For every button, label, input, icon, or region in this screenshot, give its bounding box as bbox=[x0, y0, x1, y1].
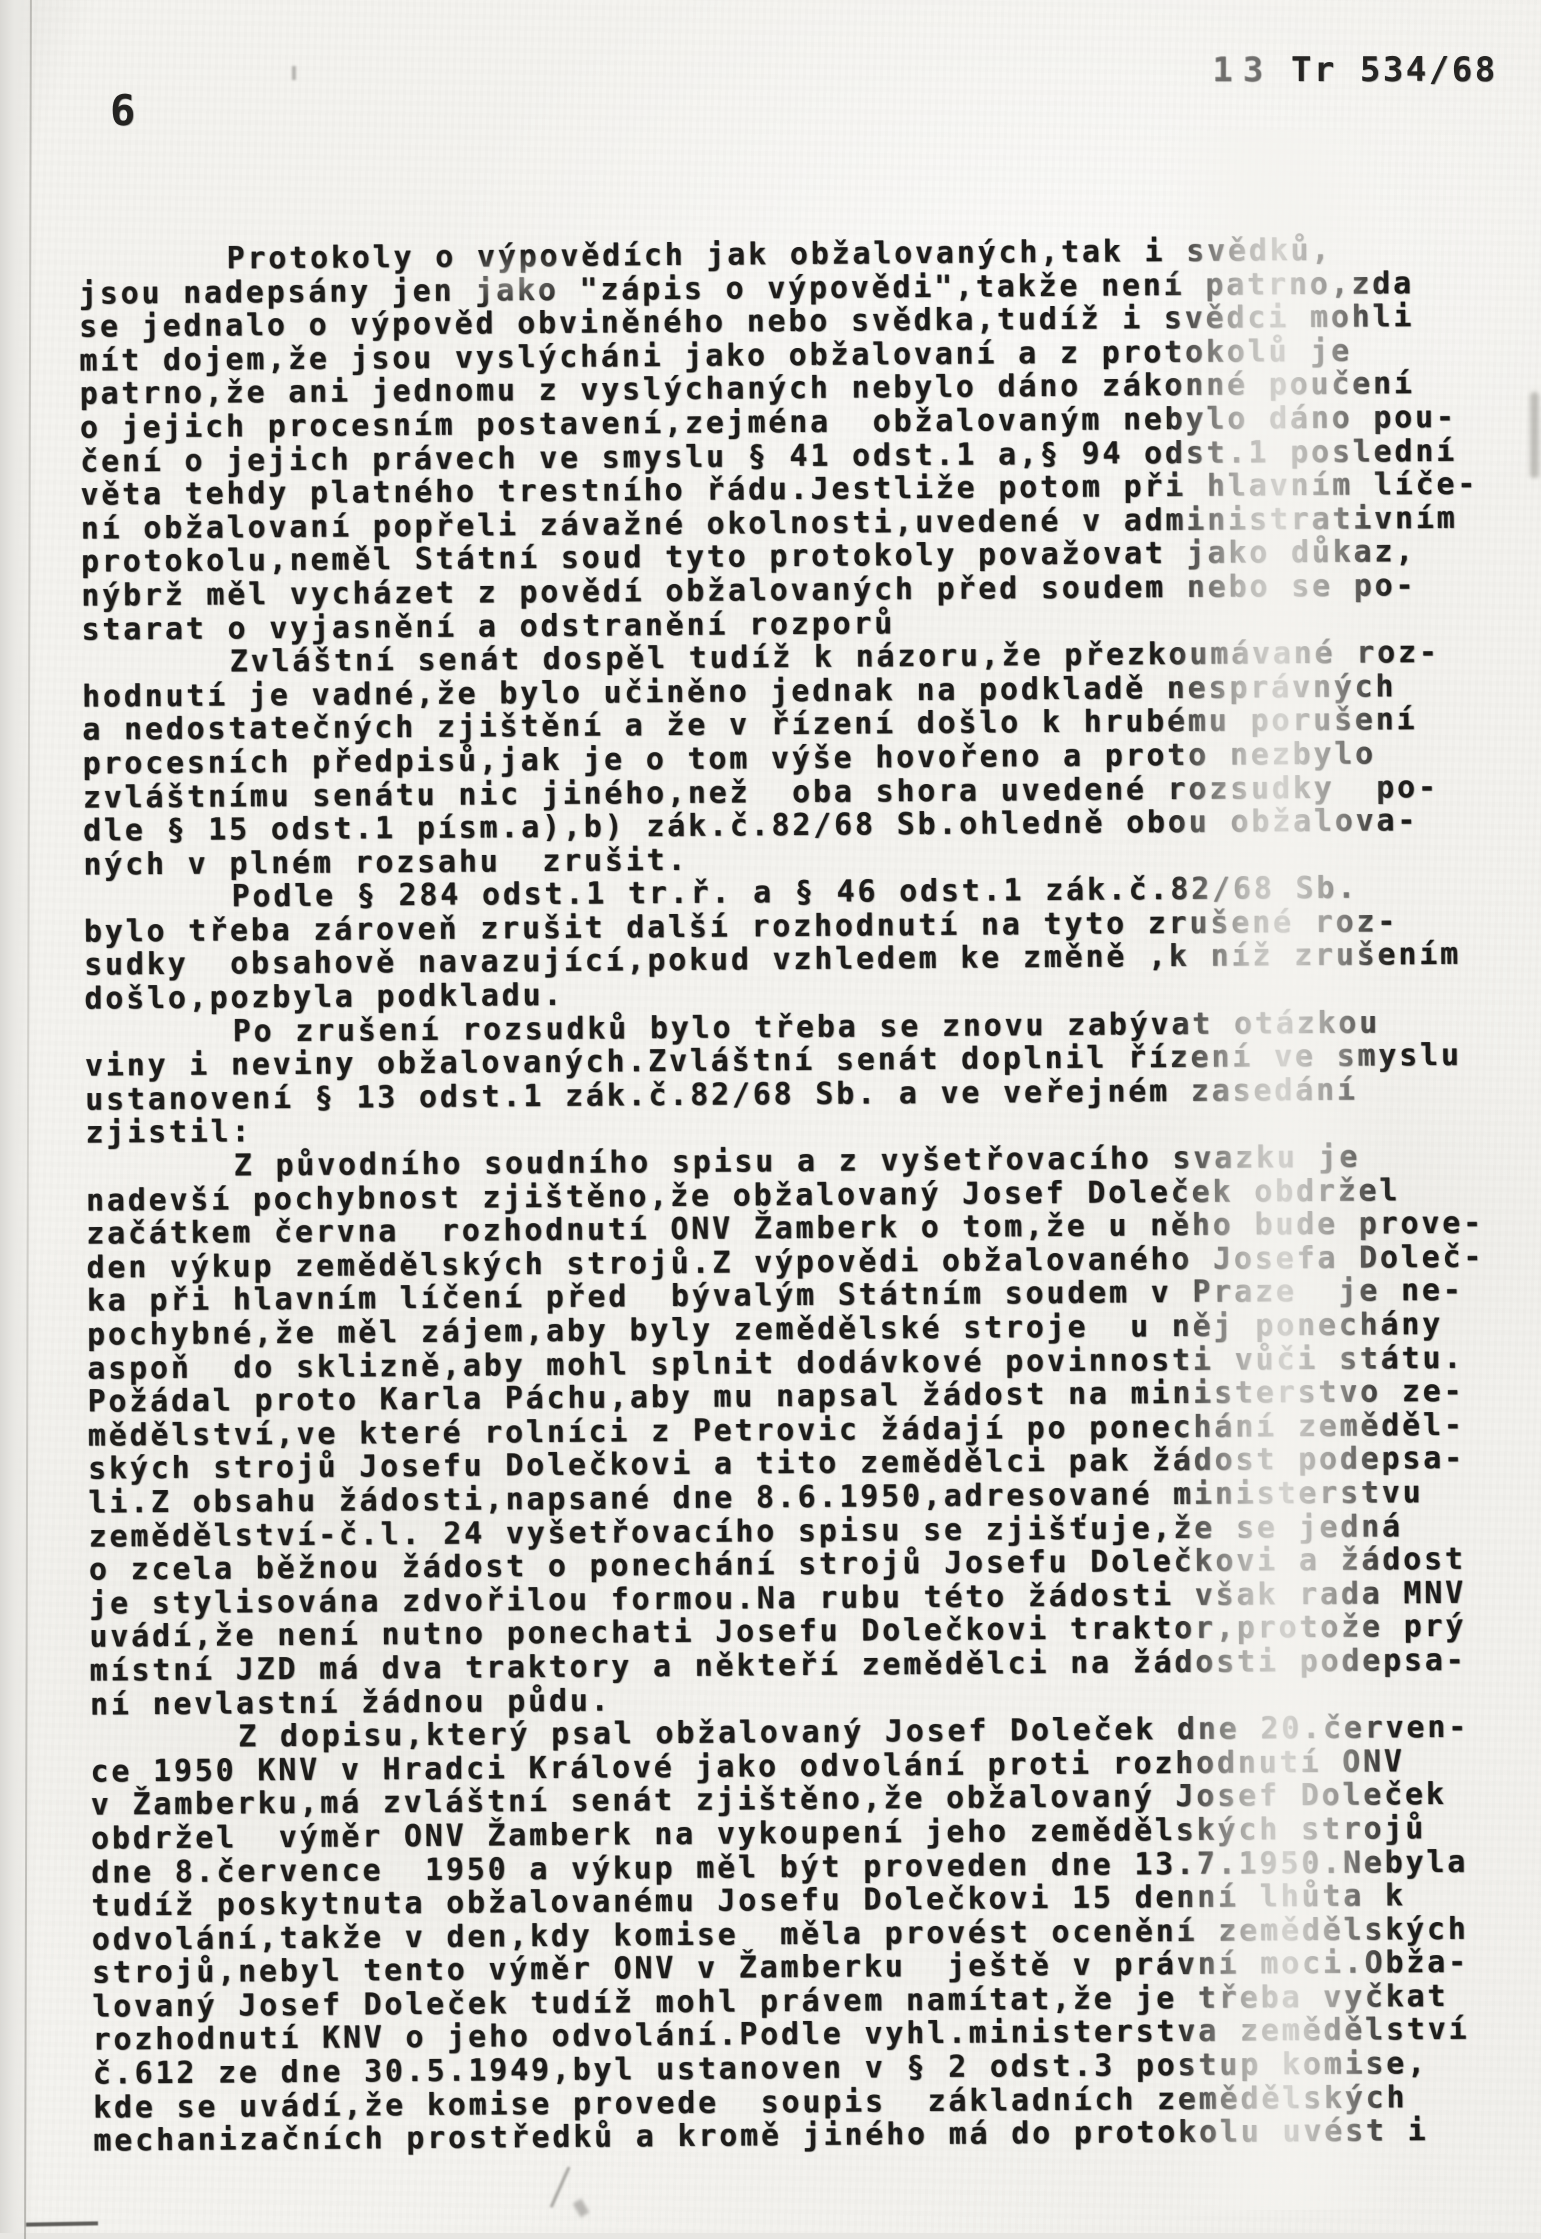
paragraph: Z původního soudního spisu a z vyšetřova… bbox=[86, 1139, 1520, 1721]
paragraph: Po zrušení rozsudků bylo třeba se znovu … bbox=[85, 1005, 1516, 1151]
page-number: 6 bbox=[110, 86, 135, 135]
paragraph: Protokoly o výpovědích jak obžalovaných,… bbox=[79, 232, 1512, 646]
document-body: Protokoly o výpovědích jak obžalovaných,… bbox=[79, 232, 1524, 2158]
paragraph: Zvláštní senát dospěl tudíž k názoru,že … bbox=[82, 636, 1514, 882]
scan-artifact-bottom bbox=[26, 2221, 98, 2226]
docket-number: 13Tr 534/68 bbox=[1212, 50, 1498, 90]
scanned-page: 6 13Tr 534/68 Protokoly o výpovědích jak… bbox=[0, 0, 1541, 2233]
docket-prefix-faint: 13 bbox=[1212, 50, 1273, 90]
scan-speck bbox=[292, 66, 296, 80]
scan-artifact-right bbox=[1530, 392, 1539, 478]
paragraph: Podle § 284 odst.1 tr.ř. a § 46 odst.1 z… bbox=[84, 871, 1515, 1017]
paragraph: Z dopisu,který psal obžalovaný Josef Dol… bbox=[90, 1710, 1523, 2158]
docket-main: Tr 534/68 bbox=[1291, 50, 1498, 90]
ink-smudge-dot bbox=[573, 2199, 590, 2218]
